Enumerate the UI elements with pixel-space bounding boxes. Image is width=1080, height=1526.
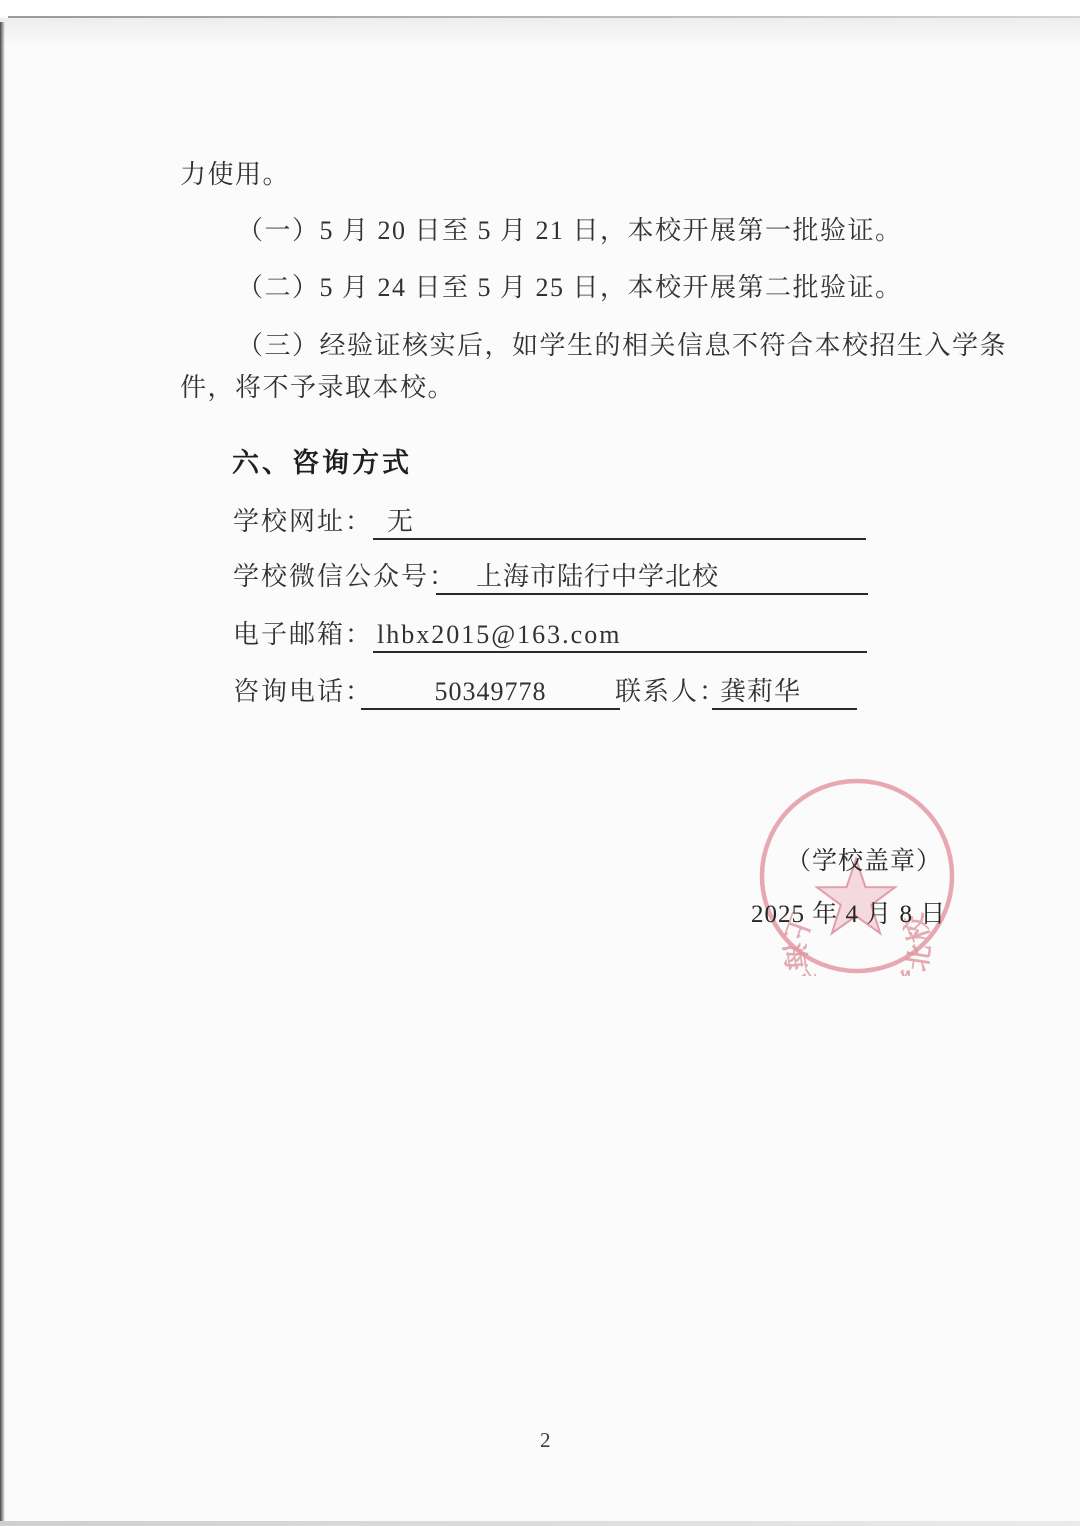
wechat-value: 上海市陆行中学北校 <box>436 560 868 594</box>
contact-row-email: 电子邮箱： lhbx2015@163.com <box>0 618 1080 656</box>
body-paragraph: 件，将不予录取本校。 <box>180 373 455 403</box>
page-number: 2 <box>540 1428 551 1453</box>
website-field: 无 <box>373 505 866 540</box>
phone-label: 咨询电话： <box>233 675 373 709</box>
phone-value: 50349778 <box>361 675 620 709</box>
scan-top-shadow <box>0 18 1080 48</box>
scan-bottom-edge <box>0 1521 1080 1526</box>
email-value: lhbx2015@163.com <box>373 618 867 652</box>
seal-caption: （学校盖章） <box>786 841 942 877</box>
website-label: 学校网址： <box>233 505 373 539</box>
website-value: 无 <box>373 505 866 539</box>
contact-row-wechat: 学校微信公众号： 上海市陆行中学北校 <box>0 560 1080 598</box>
scan-top-margin <box>0 0 1080 16</box>
phone-field: 50349778 <box>361 675 620 710</box>
contact-row-website: 学校网址： 无 <box>0 505 1080 543</box>
contact-person-field: 龚莉华 <box>712 675 857 710</box>
contact-person-label: 联系人： <box>615 675 727 709</box>
body-paragraph: 力使用。 <box>180 160 290 190</box>
signature-date: 2025 年 4 月 8 日 <box>751 894 946 930</box>
wechat-field: 上海市陆行中学北校 <box>436 560 868 595</box>
email-label: 电子邮箱： <box>233 618 373 652</box>
contact-person-value: 龚莉华 <box>712 675 857 709</box>
contact-row-phone: 咨询电话： 50349778 联系人： 龚莉华 <box>0 675 1080 713</box>
email-field: lhbx2015@163.com <box>373 618 867 653</box>
body-paragraph: （三）经验证核实后，如学生的相关信息不符合本校招生入学条 <box>180 331 1007 361</box>
body-paragraph: （二）5 月 24 日至 5 月 25 日，本校开展第二批验证。 <box>180 273 903 303</box>
wechat-label: 学校微信公众号： <box>233 560 457 594</box>
section-heading: 六、咨询方式 <box>232 441 412 480</box>
scan-left-edge <box>0 22 5 1526</box>
body-paragraph: （一）5 月 20 日至 5 月 21 日，本校开展第一批验证。 <box>180 216 903 246</box>
document-page: 力使用。 （一）5 月 20 日至 5 月 21 日，本校开展第一批验证。 （二… <box>0 0 1080 1526</box>
